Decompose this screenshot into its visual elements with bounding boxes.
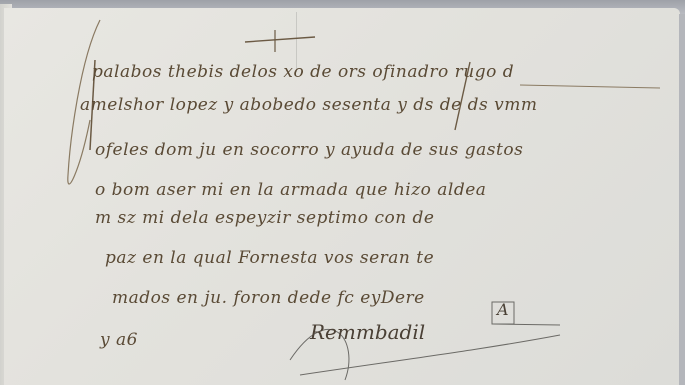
rubric-mark: A bbox=[497, 300, 509, 319]
manuscript-line-6: paz en la qual Fornesta vos seran te bbox=[105, 248, 434, 268]
manuscript-line-3: ofeles dom ju en socorro y ayuda de sus … bbox=[95, 140, 523, 160]
signature: Remmbadil bbox=[310, 320, 425, 344]
manuscript-line-2: amelshor lopez y abobedo sesenta y ds de… bbox=[80, 95, 538, 115]
manuscript-line-5: m sz mi dela espeyzir septimo con de bbox=[95, 208, 435, 228]
manuscript-photo: palabos thebis delos xo de ors ofinadro … bbox=[0, 0, 685, 385]
manuscript-line-8: y a6 bbox=[100, 330, 138, 350]
manuscript-line-1: palabos thebis delos xo de ors ofinadro … bbox=[92, 62, 514, 82]
manuscript-line-7: mados en ju. foron dede fc eyDere bbox=[112, 288, 425, 308]
manuscript-line-4: o bom aser mi en la armada que hizo alde… bbox=[95, 180, 486, 200]
page-right-edge bbox=[679, 14, 685, 385]
